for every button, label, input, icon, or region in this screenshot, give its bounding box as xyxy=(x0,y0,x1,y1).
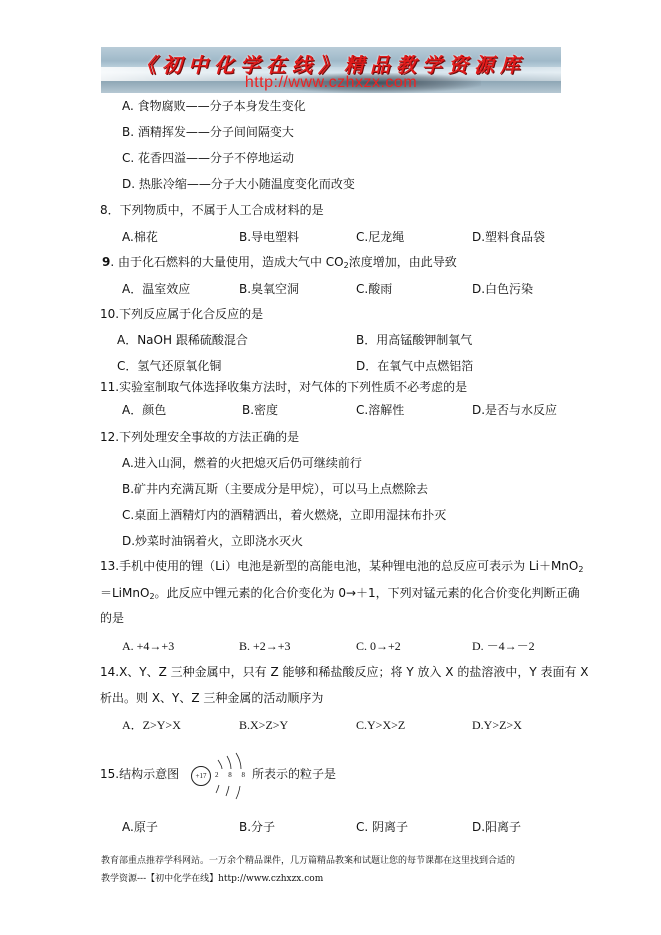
q12-option-b: B.矿井内充满瓦斯（主要成分是甲烷），可以马上点燃除去 xyxy=(122,482,428,496)
q11-option-d: D.是否与水反应 xyxy=(472,403,557,417)
q8-option-c: C.尼龙绳 xyxy=(356,230,404,244)
q12-stem: 12.下列处理安全事故的方法正确的是 xyxy=(100,430,299,444)
q10-option-a: A．NaOH 跟稀硫酸混合 xyxy=(117,333,248,347)
q12-option-a: A.进入山洞，燃着的火把熄灭后仍可继续前行 xyxy=(122,456,362,470)
q13-option-a: A. +4→+3 xyxy=(122,639,174,653)
q13-line2-text: 。此反应中锂元素的化合价变化为 0→＋1，下列对锰元素的化合价变化判断正确 xyxy=(155,586,580,600)
footer-line-2: 教学资源---【初中化学在线】http://www.czhxzx.com xyxy=(101,870,571,888)
electron-shell-counts: 2 8 8 xyxy=(215,771,249,779)
q9-stem-text: . 由于化石燃料的大量使用，造成大气中 CO xyxy=(110,255,343,269)
q13-option-d: D. －4→－2 xyxy=(472,639,535,653)
q10-stem: 10.下列反应属于化合反应的是 xyxy=(100,307,263,321)
q8-stem: 8．下列物质中，不属于人工合成材料的是 xyxy=(100,203,324,217)
q9-option-b: B.臭氧空洞 xyxy=(239,282,299,296)
q9-stem: 9. 由于化石燃料的大量使用，造成大气中 CO2浓度增加，由此导致 xyxy=(102,255,457,273)
q15-stem-end: 所表示的粒子是 xyxy=(252,767,336,781)
q7-option-c: C. 花香四溢——分子不停地运动 xyxy=(122,151,294,165)
header-banner: 《初中化学在线》精品教学资源库 http://www.czhxzx.com xyxy=(101,47,561,93)
q13-stem-line2: ＝LiMnO2。此反应中锂元素的化合价变化为 0→＋1，下列对锰元素的化合价变化… xyxy=(100,586,580,604)
footer-line-1: 教育部重点推荐学科网站。一万余个精品课件，几万篇精品教案和试题让您的每节课都在这… xyxy=(101,852,571,870)
q9-option-c: C.酸雨 xyxy=(356,282,392,296)
q10-option-c: C．氢气还原氧化铜 xyxy=(117,359,221,373)
q15-option-a: A.原子 xyxy=(122,820,158,834)
q14-stem-line2: 析出。则 X、Y、Z 三种金属的活动顺序为 xyxy=(100,691,323,705)
q12-option-d: D.炒菜时油锅着火，立即浇水灭火 xyxy=(122,534,303,548)
q11-stem: 11.实验室制取气体选择收集方法时，对气体的下列性质不必考虑的是 xyxy=(100,380,467,394)
q13-stem-line1: 13.手机中使用的锂（Li）电池是新型的高能电池，某种锂电池的总反应可表示为 L… xyxy=(100,559,583,577)
page-footer: 教育部重点推荐学科网站。一万余个精品课件，几万篇精品教案和试题让您的每节课都在这… xyxy=(101,852,571,888)
q14-option-c: C.Y>X>Z xyxy=(356,718,405,732)
q13-line1-subscript: 2 xyxy=(578,565,583,574)
q15-option-c: C. 阴离子 xyxy=(356,820,408,834)
q8-option-a: A.棉花 xyxy=(122,230,158,244)
q14-option-d: D.Y>Z>X xyxy=(472,718,522,732)
q9-option-d: D.白色污染 xyxy=(472,282,533,296)
q11-option-a: A．颜色 xyxy=(122,403,166,417)
q9-option-a: A．温室效应 xyxy=(122,282,190,296)
q7-option-d: D. 热胀冷缩——分子大小随温度变化而改变 xyxy=(122,177,355,191)
q7-option-a: A. 食物腐败——分子本身发生变化 xyxy=(122,99,306,113)
atom-structure-diagram: +17 2 8 8 xyxy=(189,752,251,802)
q11-option-b: B.密度 xyxy=(242,403,278,417)
q10-option-b: B．用高锰酸钾制氧气 xyxy=(356,333,472,347)
q15-option-d: D.阳离子 xyxy=(472,820,521,834)
q14-option-a: A．Z>Y>X xyxy=(122,718,181,732)
q8-option-b: B.导电塑料 xyxy=(239,230,299,244)
banner-url: http://www.czhxzx.com xyxy=(101,74,561,92)
q13-option-b: B. +2→+3 xyxy=(239,639,291,653)
q8-option-d: D.塑料食品袋 xyxy=(472,230,545,244)
q15-option-b: B.分子 xyxy=(239,820,275,834)
q11-option-c: C.溶解性 xyxy=(356,403,404,417)
q13-option-c: C. 0→+2 xyxy=(356,639,401,653)
q14-option-b: B.X>Z>Y xyxy=(239,718,288,732)
q13-stem-line3: 的是 xyxy=(100,611,124,625)
q13-line1-text: 13.手机中使用的锂（Li）电池是新型的高能电池，某种锂电池的总反应可表示为 L… xyxy=(100,559,578,573)
q12-option-c: C.桌面上酒精灯内的酒精洒出，着火燃烧，立即用湿抹布扑灭 xyxy=(122,508,446,522)
q14-stem-line1: 14.X、Y、Z 三种金属中，只有 Z 能够和稀盐酸反应；将 Y 放入 X 的盐… xyxy=(100,665,589,679)
q13-line2-formula: ＝LiMnO xyxy=(100,586,149,600)
q10-option-d: D．在氧气中点燃铝箔 xyxy=(356,359,473,373)
q15-stem: 15.结构示意图 xyxy=(100,767,179,781)
q9-stem-text-end: 浓度增加，由此导致 xyxy=(349,255,457,269)
q7-option-b: B. 酒精挥发——分子间间隔变大 xyxy=(122,125,294,139)
